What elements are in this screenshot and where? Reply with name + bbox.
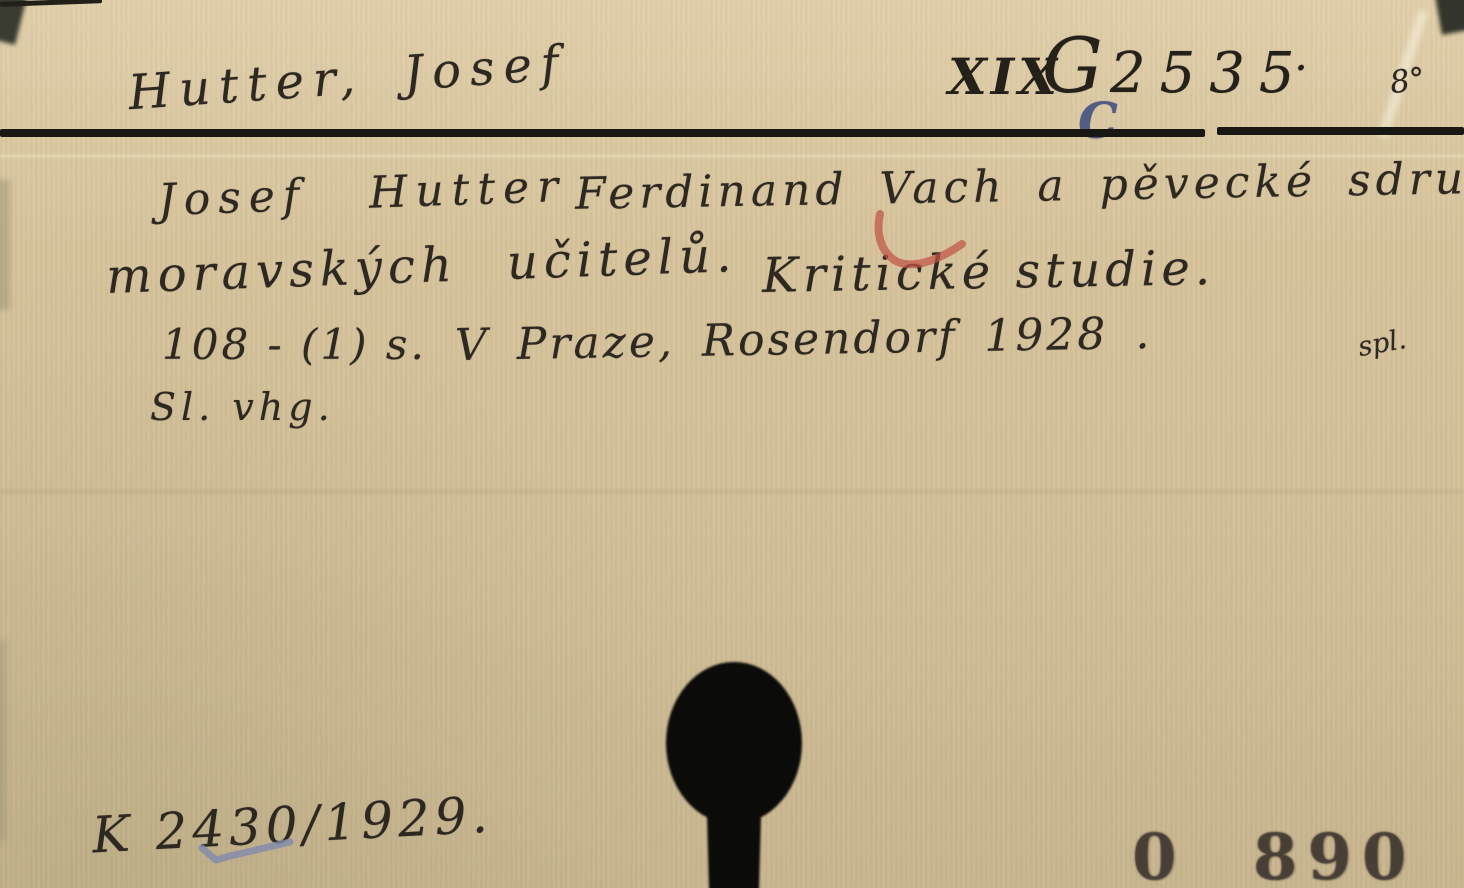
call-number-dot: . (1294, 34, 1308, 78)
scan-edge-left-smudge-lower (0, 640, 6, 840)
margin-note: spl. (1356, 326, 1408, 361)
stamp-number: 0 890 (1132, 826, 1416, 888)
format-mark: 8° (1388, 64, 1427, 100)
imprint-statement: V Praze, Rosendorf 1928 . (455, 312, 1153, 368)
author-heading: Hutter, Josef (127, 39, 569, 118)
scan-edge-left-smudge (0, 180, 10, 310)
red-check-mark (866, 210, 970, 272)
call-number-value: 2535 (1110, 46, 1309, 102)
title-line-1: Ferdinand Vach a pěvecké sdružení (575, 155, 1464, 217)
call-number-correction: C (1078, 96, 1118, 146)
header-rule-right (1217, 127, 1464, 135)
title-line-2: moravských učitelů. (105, 231, 738, 301)
collation-statement: 108 - (1) s. (162, 324, 427, 366)
punch-hole (650, 650, 820, 888)
scan-edge-top-left (0, 0, 28, 45)
subtitle: Kritické studie. (762, 244, 1216, 300)
edition-note: Sl. vhg. (150, 388, 335, 426)
header-rule-left (0, 129, 1205, 137)
blue-check-mark (196, 834, 296, 870)
catalog-card: Hutter, Josef XIX G 2535 . C 8° Josef Hu… (0, 0, 1464, 888)
call-number-underline (0, 0, 102, 7)
author-statement: Josef Hutter (157, 165, 566, 223)
scan-edge-top-right (1435, 0, 1464, 35)
paper-crease-middle (0, 490, 1464, 493)
